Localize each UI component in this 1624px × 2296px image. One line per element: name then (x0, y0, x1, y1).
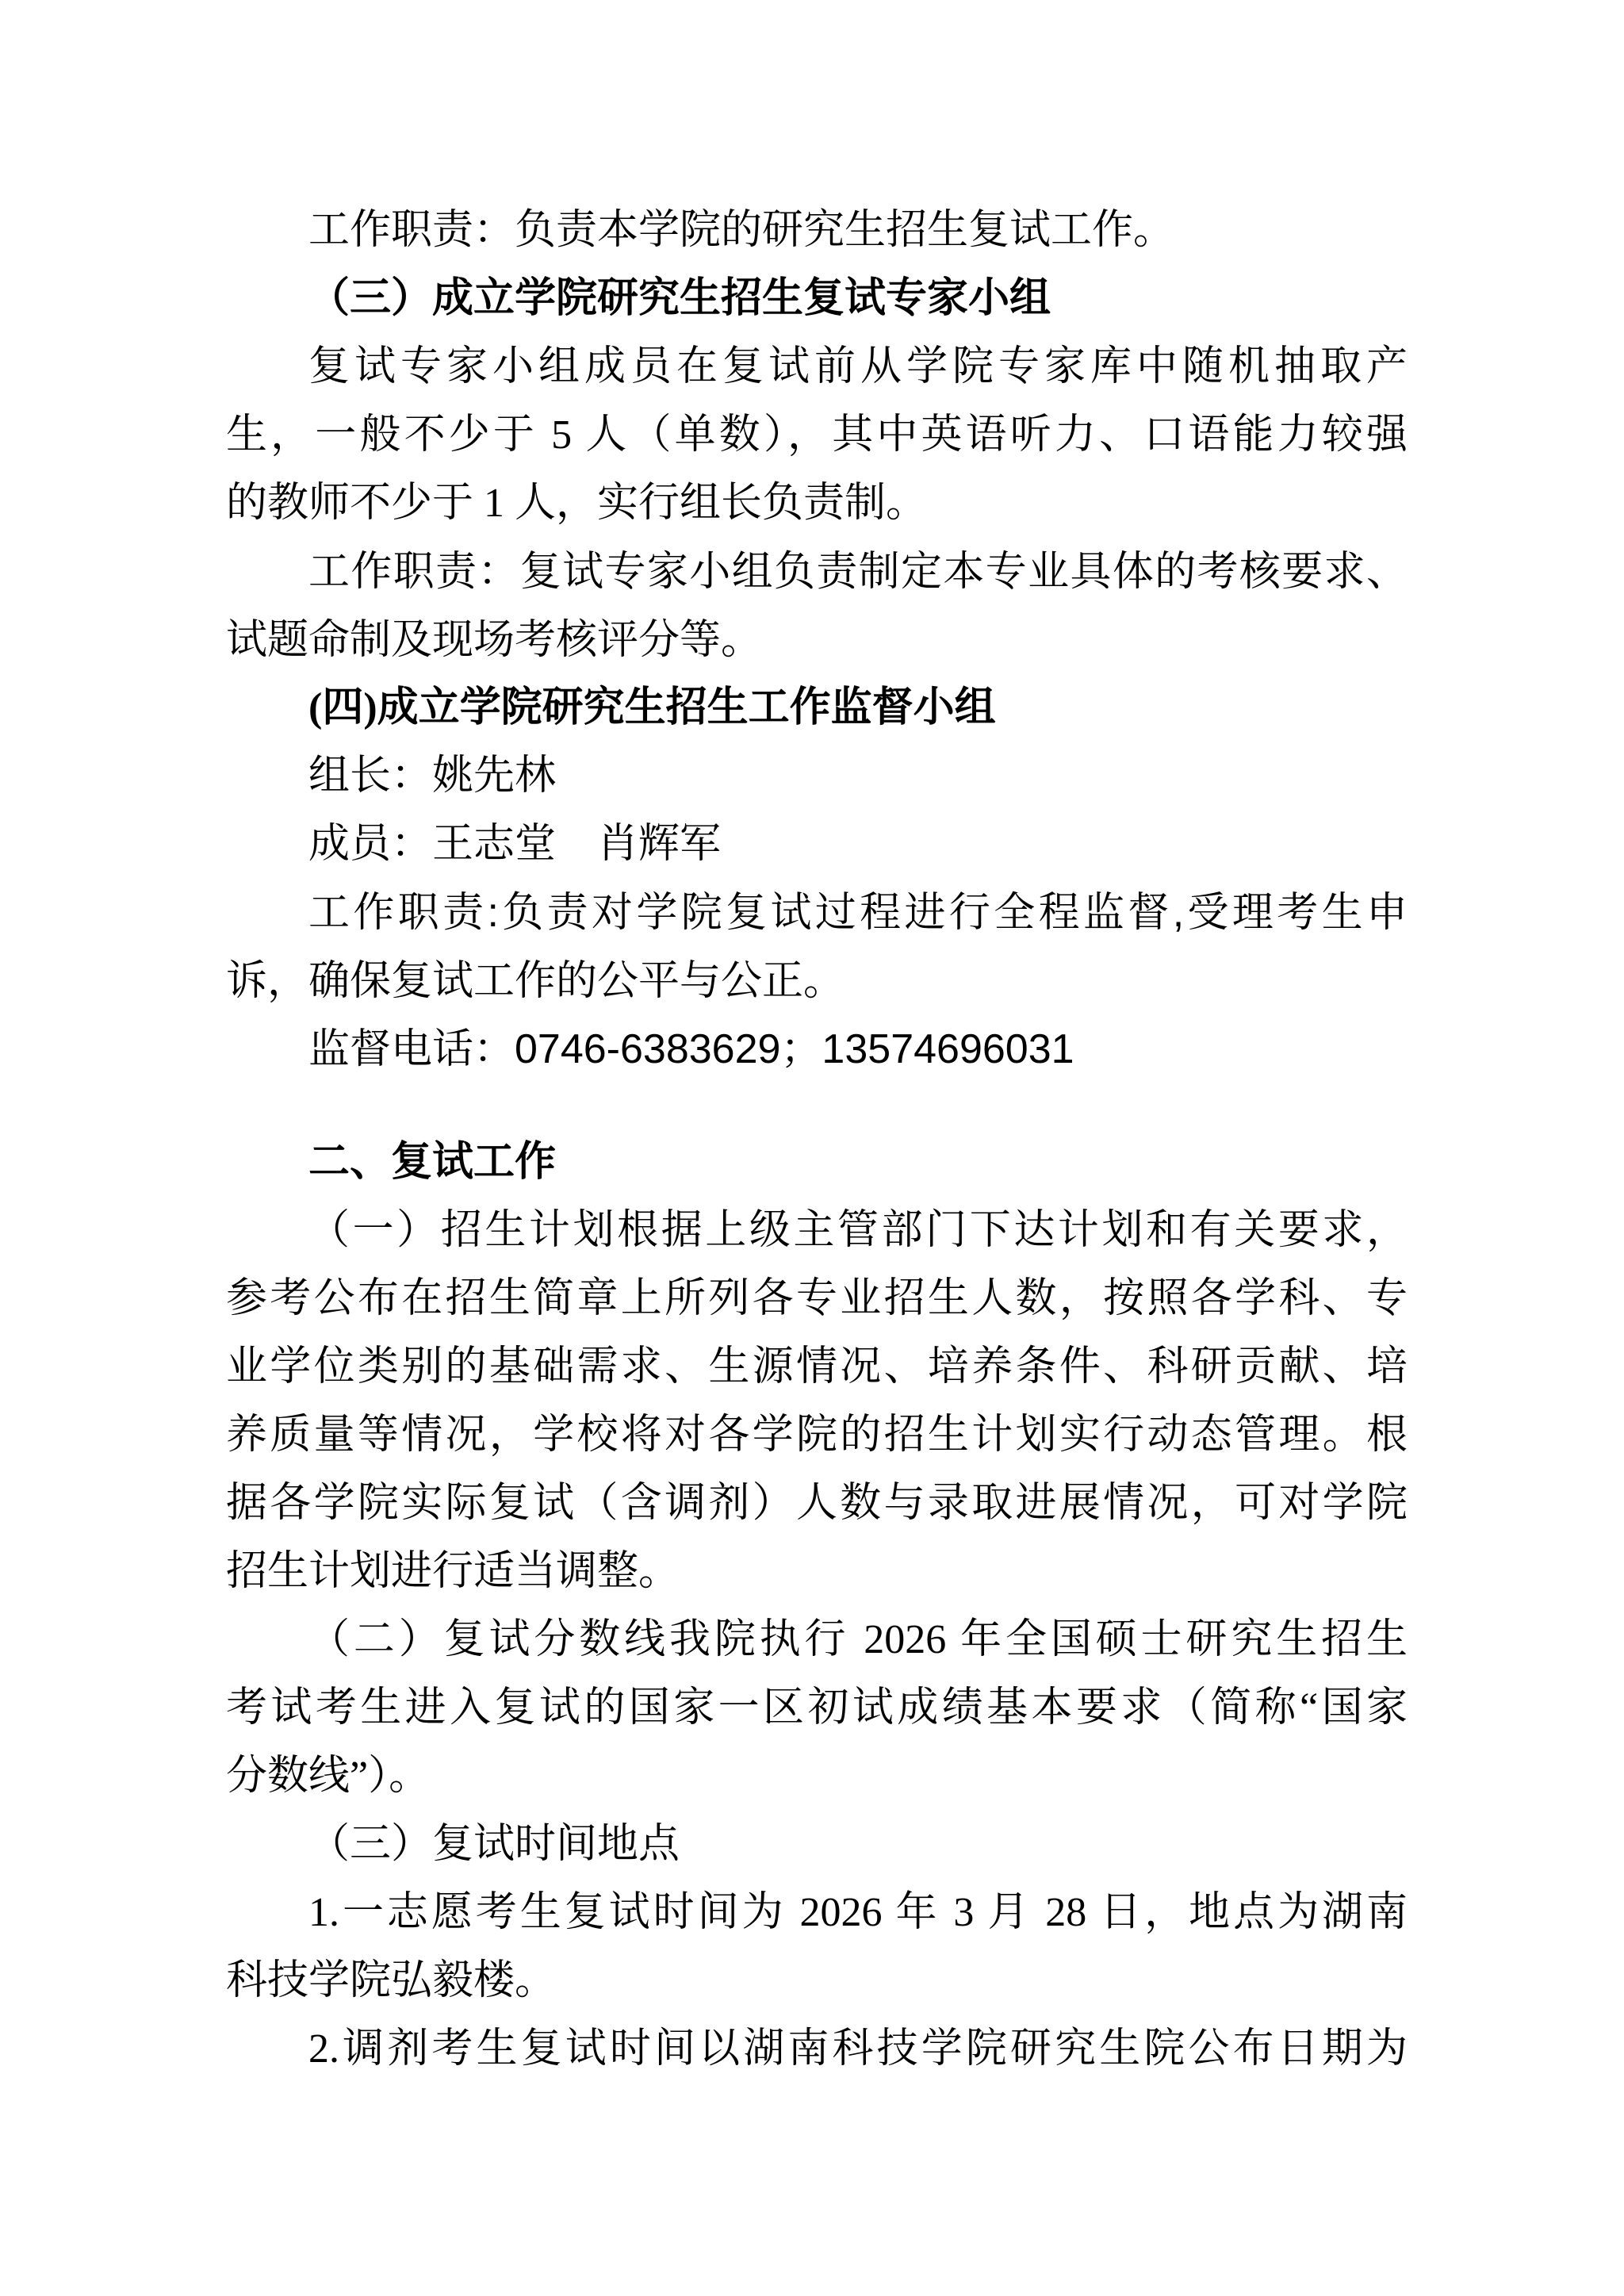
section-heading-line: 二、复试工作 (226, 1129, 1408, 1197)
text-line: 据各学院实际复试（含调剂）人数与录取进展情况，可对学院 (226, 1470, 1408, 1538)
text-line: 参考公布在招生简章上所列各专业招生人数，按照各学科、专 (226, 1265, 1408, 1333)
text-line: 业学位类别的基础需求、生源情况、培养条件、科研贡献、培 (226, 1333, 1408, 1401)
text-line: 考试考生进入复试的国家一区初试成绩基本要求（简称“国家 (226, 1674, 1408, 1742)
section-heading-line: (四)成立学院研究生招生工作监督小组 (226, 674, 1408, 742)
document-body: 工作职责：负责本学院的研究生招生复试工作。（三）成立学院研究生招生复试专家小组复… (226, 197, 1408, 2083)
text-line: 工作职责:负责对学院复试过程进行全程监督,受理考生申 (226, 879, 1408, 947)
text-line: 1.一志愿考生复试时间为 2026 年 3 月 28 日，地点为湖南 (226, 1879, 1408, 1947)
text-line: （二）复试分数线我院执行 2026 年全国硕士研究生招生 (226, 1606, 1408, 1674)
text-line: 成员：王志堂 肖辉军 (226, 811, 1408, 879)
text-line: 复试专家小组成员在复试前从学院专家库中随机抽取产 (226, 333, 1408, 401)
text-line: （一）招生计划根据上级主管部门下达计划和有关要求， (226, 1197, 1408, 1265)
text-line: 组长：姚先林 (226, 742, 1408, 811)
section-heading-line: （三）成立学院研究生招生复试专家小组 (226, 265, 1408, 333)
text-line: 生，一般不少于 5 人（单数），其中英语听力、口语能力较强 (226, 401, 1408, 470)
text-line: （三）复试时间地点 (226, 1811, 1408, 1879)
text-line: 的教师不少于 1 人，实行组长负责制。 (226, 470, 1408, 538)
text-line: 招生计划进行适当调整。 (226, 1538, 1408, 1606)
text-line: 科技学院弘毅楼。 (226, 1947, 1408, 2015)
text-line: 监督电话：0746-6383629；13574696031 (226, 1015, 1408, 1083)
text-line: 2.调剂考生复试时间以湖南科技学院研究生院公布日期为 (226, 2015, 1408, 2083)
text-line: 试题命制及现场考核评分等。 (226, 606, 1408, 674)
document-page: 工作职责：负责本学院的研究生招生复试工作。（三）成立学院研究生招生复试专家小组复… (0, 0, 1624, 2296)
text-line: 工作职责：负责本学院的研究生招生复试工作。 (226, 197, 1408, 265)
text-line: 分数线”）。 (226, 1742, 1408, 1811)
text-line: 诉，确保复试工作的公平与公正。 (226, 947, 1408, 1015)
text-line: 养质量等情况，学校将对各学院的招生计划实行动态管理。根 (226, 1401, 1408, 1470)
text-line: 工作职责：复试专家小组负责制定本专业具体的考核要求、 (226, 538, 1408, 606)
